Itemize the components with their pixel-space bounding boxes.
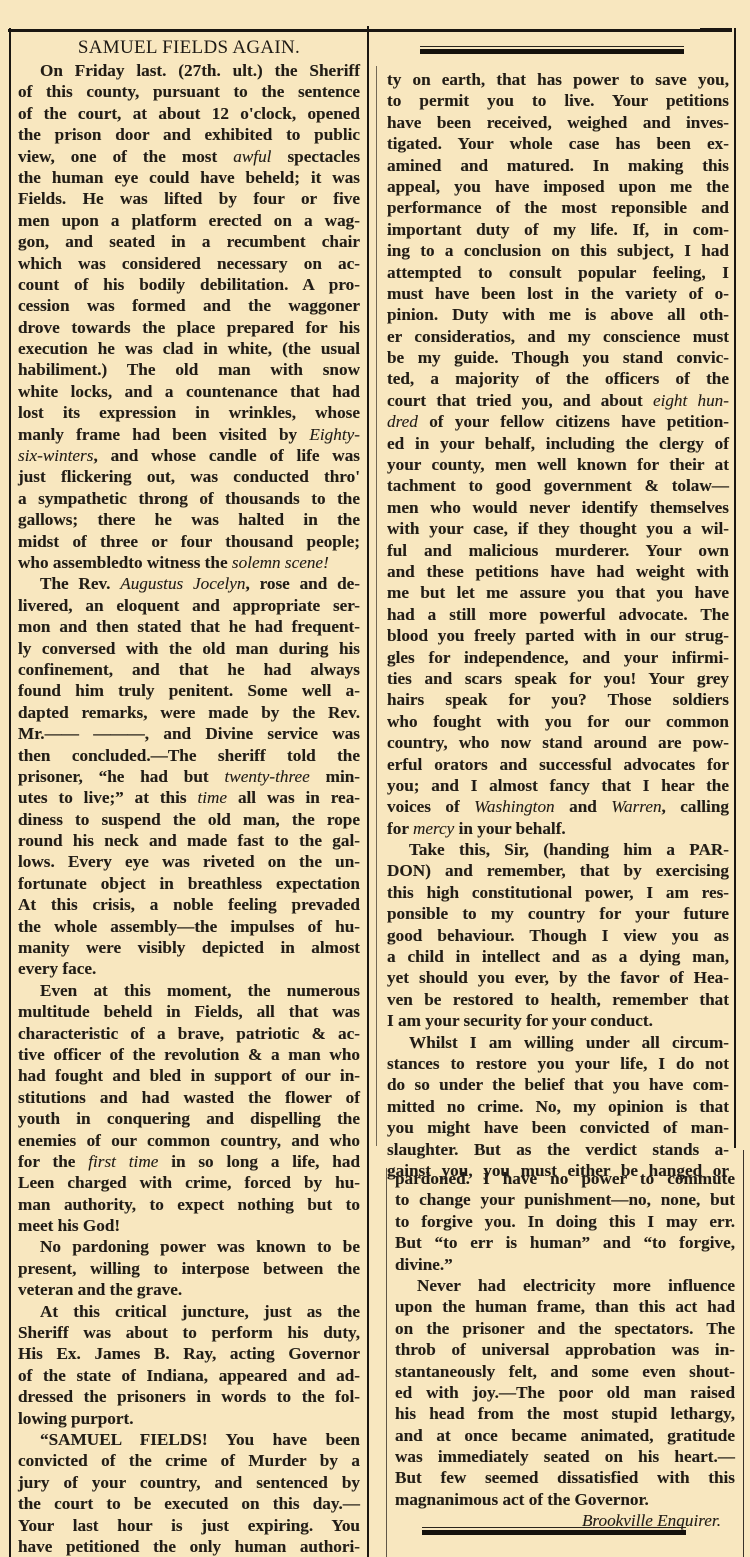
text-line: tive officer of the revolution & a man w… [18, 1044, 360, 1065]
article-headline: SAMUEL FIELDS AGAIN. [18, 36, 360, 60]
text-line: six-winters, and whose candle of life wa… [18, 445, 360, 466]
text-line: multitude beheld in Fields, all that was [18, 1001, 360, 1022]
text-line: confinement, and that he had always [18, 659, 360, 680]
text-line: er consideratios, and my conscience must [387, 326, 729, 347]
text-line: me but let me assure you that you have [387, 582, 729, 603]
text-line: have petitioned the only human authori- [18, 1536, 360, 1557]
text-line: Mr.—— ———, and Divine service was [18, 723, 360, 744]
text-line: Sheriff was about to perform his duty, [18, 1322, 360, 1343]
separator-rule-top [420, 46, 684, 55]
text-line: ing to a conclusion on this subject, I h… [387, 240, 729, 261]
separator-rule-bottom [422, 1527, 686, 1536]
text-line: divine.” [395, 1254, 735, 1275]
text-line: jury of your country, and sentenced by [18, 1472, 360, 1493]
text-line: court that tried you, and about eight hu… [387, 390, 729, 411]
text-line: ful and malicious murderer. Your own [387, 540, 729, 561]
column-divider [367, 26, 369, 1557]
right-border-rule-lower [743, 1150, 744, 1557]
right-column: ty on earth, that has power to save you,… [387, 69, 729, 1181]
text-line: you might have been convicted of man- [387, 1117, 729, 1138]
text-line: ed in your behalf, including the clergy … [387, 433, 729, 454]
text-line: livered, an eloquent and appropriate ser… [18, 595, 360, 616]
text-line: fortunate object in breathless expectati… [18, 873, 360, 894]
text-line: the human eye could have beheld; it was [18, 167, 360, 188]
text-line: with your case, if they thought you a wi… [387, 518, 729, 539]
text-line: important duty of my life. If, in com- [387, 219, 729, 240]
text-line: ted, a majority of the officers of the [387, 368, 729, 389]
text-line: to change your punishment—no, none, but [395, 1189, 735, 1210]
text-line: At this crisis, a noble feeling prevaded [18, 894, 360, 915]
text-line: of the state of Indiana, appeared and ad… [18, 1365, 360, 1386]
right-column-continued: pardoned. I have no power to commuteto c… [395, 1168, 735, 1532]
text-line: tachment to good government & tolaw— [387, 475, 729, 496]
text-line: On Friday last. (27th. ult.) the Sheriff [18, 60, 360, 81]
text-line: ty on earth, that has power to save you, [387, 69, 729, 90]
text-line: No pardoning power was known to be [18, 1236, 360, 1257]
text-line: who fought with you for our common [387, 711, 729, 732]
text-line: utes to live;” at this time all was in r… [18, 787, 360, 808]
text-line: At this critical juncture, just as the [18, 1301, 360, 1322]
text-line: you; and I almost fancy that I hear the [387, 775, 729, 796]
text-line: “SAMUEL FIELDS! You have been [18, 1429, 360, 1450]
left-column: SAMUEL FIELDS AGAIN. On Friday last. (27… [18, 36, 360, 1557]
text-line: magnanimous act of the Governor. [395, 1489, 735, 1510]
text-line: round his neck and made fast to the gal- [18, 830, 360, 851]
text-line: the prison door and exhibited to public [18, 124, 360, 145]
text-line: man authority, to expect nothing but to [18, 1194, 360, 1215]
text-line: view, one of the most awful spectacles [18, 146, 360, 167]
text-line: meet his God! [18, 1215, 360, 1236]
text-line: stitutions and had wasted the flower of [18, 1087, 360, 1108]
text-line: was immediately seated on his heart.— [395, 1446, 735, 1467]
text-line: have been received, weighed and inves- [387, 112, 729, 133]
text-line: slaughter. But as the verdict stands a- [387, 1139, 729, 1160]
text-line: manly frame had been visited by Eighty- [18, 424, 360, 445]
text-line: his head from the most stupid lethargy, [395, 1403, 735, 1424]
text-line: a sympathetic throng of thousands to the [18, 488, 360, 509]
text-line: men who would never identify themselves [387, 497, 729, 518]
text-line: country, who now stand around are pow- [387, 732, 729, 753]
text-line: good behaviour. Though I view you as [387, 925, 729, 946]
text-line: mon and then stated that he had frequent… [18, 616, 360, 637]
text-line: ties and scars speak for you! Your grey [387, 668, 729, 689]
text-line: had a still more powerful advocate. The [387, 604, 729, 625]
text-line: erful orators and successful advocates f… [387, 754, 729, 775]
text-line: prisoner, “he had but twenty-three min- [18, 766, 360, 787]
left-border-rule [9, 28, 11, 1557]
text-line: then concluded.—The sheriff told the [18, 745, 360, 766]
text-line: stantaneously felt, and some even shout- [395, 1361, 735, 1382]
text-line: which was considered necessary on ac- [18, 253, 360, 274]
text-line: I am your security for your conduct. [387, 1010, 729, 1031]
text-line: gallows; there he was halted in the [18, 509, 360, 530]
text-line: amined and matured. In making this [387, 155, 729, 176]
text-line: of the court, at about 12 o'clock, opene… [18, 103, 360, 124]
text-line: every face. [18, 958, 360, 979]
text-line: But “to err is human” and “to forgive, [395, 1232, 735, 1253]
text-line: on the prisoner and the spectators. The [395, 1318, 735, 1339]
text-line: stances to restore you your life, I do n… [387, 1053, 729, 1074]
text-line: characteristic of a brave, patriotic & a… [18, 1023, 360, 1044]
text-line: attempted to consult popular feeling, I [387, 262, 729, 283]
text-line: pinion. Duty with me is above all oth- [387, 304, 729, 325]
text-line: and at once became animated, gratitude [395, 1425, 735, 1446]
text-line: of this county, pursuant to the sentence [18, 81, 360, 102]
text-line: men upon a platform erected on a wag- [18, 210, 360, 231]
text-line: Take this, Sir, (handing him a PAR- [387, 839, 729, 860]
text-line: do so under the belief that you have com… [387, 1074, 729, 1095]
text-line: upon the human frame, than this act had [395, 1296, 735, 1317]
top-border-rule-end [700, 28, 732, 32]
column-divider-lower [386, 1168, 387, 1557]
text-line: count of his bodily debilitation. A pro- [18, 274, 360, 295]
text-line: the whole assembly—the impulses of hu- [18, 916, 360, 937]
text-line: ed with joy.—The poor old man raised [395, 1382, 735, 1403]
text-line: to permit you to live. Your petitions [387, 90, 729, 111]
text-line: must have been lost in the variety of o- [387, 283, 729, 304]
text-line: just flickering out, was conducted thro' [18, 466, 360, 487]
right-border-rule [734, 28, 736, 1148]
text-line: hairs speak for you? Those soldiers [387, 689, 729, 710]
text-line: Even at this moment, the numerous [18, 980, 360, 1001]
text-line: cession was formed and the waggoner [18, 295, 360, 316]
text-line: gles for independence, and your infirmi- [387, 647, 729, 668]
text-line: manity were visibly depicted in almost [18, 937, 360, 958]
text-line: dressed the prisoners in words to the fo… [18, 1386, 360, 1407]
column-divider-inner [376, 66, 377, 1146]
text-line: to forgive you. In doing this I may err. [395, 1211, 735, 1232]
text-line: be my guide. Though you stand convic- [387, 347, 729, 368]
text-line: tigated. Your whole case has been ex- [387, 133, 729, 154]
text-line: Leen charged with crime, forced by hu- [18, 1172, 360, 1193]
text-line: gon, and seated in a recumbent chair [18, 231, 360, 252]
text-line: Your last hour is just expiring. You [18, 1515, 360, 1536]
text-line: youth in conquering and dispelling the [18, 1108, 360, 1129]
text-line: found him truly penitent. Some well a- [18, 680, 360, 701]
text-line: blood you freely parted with in our stru… [387, 625, 729, 646]
text-line: voices of Washington and Warren, calling [387, 796, 729, 817]
text-line: for mercy in your behalf. [387, 818, 729, 839]
text-line: throb of universal approbation was in- [395, 1339, 735, 1360]
text-line: DON) and remember, that by exercising [387, 860, 729, 881]
text-line: dred of your fellow citizens have petiti… [387, 411, 729, 432]
text-line: for the first time in so long a life, ha… [18, 1151, 360, 1172]
text-line: white locks, and a countenance that had [18, 381, 360, 402]
text-line: midst of three or four thousand people; [18, 531, 360, 552]
text-line: But few seemed dissatisfied with this [395, 1467, 735, 1488]
text-line: present, willing to interpose between th… [18, 1258, 360, 1279]
text-line: dapted remarks, were made by the Rev. [18, 702, 360, 723]
text-line: diness to suspend the old man, the rope [18, 809, 360, 830]
text-line: Whilst I am willing under all circum- [387, 1032, 729, 1053]
text-line: enemies of our common country, and who [18, 1130, 360, 1151]
text-line: and these petitions have had weight with [387, 561, 729, 582]
text-line: who assembledto witness the solemn scene… [18, 552, 360, 573]
text-line: appeal, you have imposed upon me the [387, 176, 729, 197]
text-line: drove towards the place prepared for his [18, 317, 360, 338]
text-line: this high constitutional power, I am res… [387, 882, 729, 903]
right-column-continued-text: pardoned. I have no power to commuteto c… [395, 1168, 735, 1510]
text-line: convicted of the crime of Murder by a [18, 1450, 360, 1471]
text-line: ly conversed with the old man during his [18, 638, 360, 659]
text-line: lows. Every eye was riveted on the un- [18, 851, 360, 872]
text-line: lost its expression in wrinkles, whose [18, 402, 360, 423]
text-line: habiliment.) The old man with snow [18, 359, 360, 380]
text-line: The Rev. Augustus Jocelyn, rose and de- [18, 573, 360, 594]
text-line: performance of the most reponsible and [387, 197, 729, 218]
text-line: had fought and bled in support of our in… [18, 1065, 360, 1086]
text-line: Fields. He was lifted by four or five [18, 188, 360, 209]
text-line: the court to be executed on this day.— [18, 1493, 360, 1514]
text-line: a child in intellect and as a dying man, [387, 946, 729, 967]
text-line: yet should you ever, by the favor of Hea… [387, 967, 729, 988]
text-line: ponsible to my country for your future [387, 903, 729, 924]
text-line: Never had electricity more influence [395, 1275, 735, 1296]
text-line: lowing purport. [18, 1408, 360, 1429]
text-line: His Ex. James B. Ray, acting Governor [18, 1343, 360, 1364]
text-line: pardoned. I have no power to commute [395, 1168, 735, 1189]
text-line: execution he was clad in white, (the usu… [18, 338, 360, 359]
left-column-text: On Friday last. (27th. ult.) the Sheriff… [18, 60, 360, 1557]
text-line: ven be restored to health, remember that [387, 989, 729, 1010]
text-line: veteran and the grave. [18, 1279, 360, 1300]
newspaper-clipping: SAMUEL FIELDS AGAIN. On Friday last. (27… [0, 0, 750, 1557]
right-column-text: ty on earth, that has power to save you,… [387, 69, 729, 1181]
text-line: your county, men well known for their at [387, 454, 729, 475]
text-line: mitted no crime. No, my opinion is that [387, 1096, 729, 1117]
